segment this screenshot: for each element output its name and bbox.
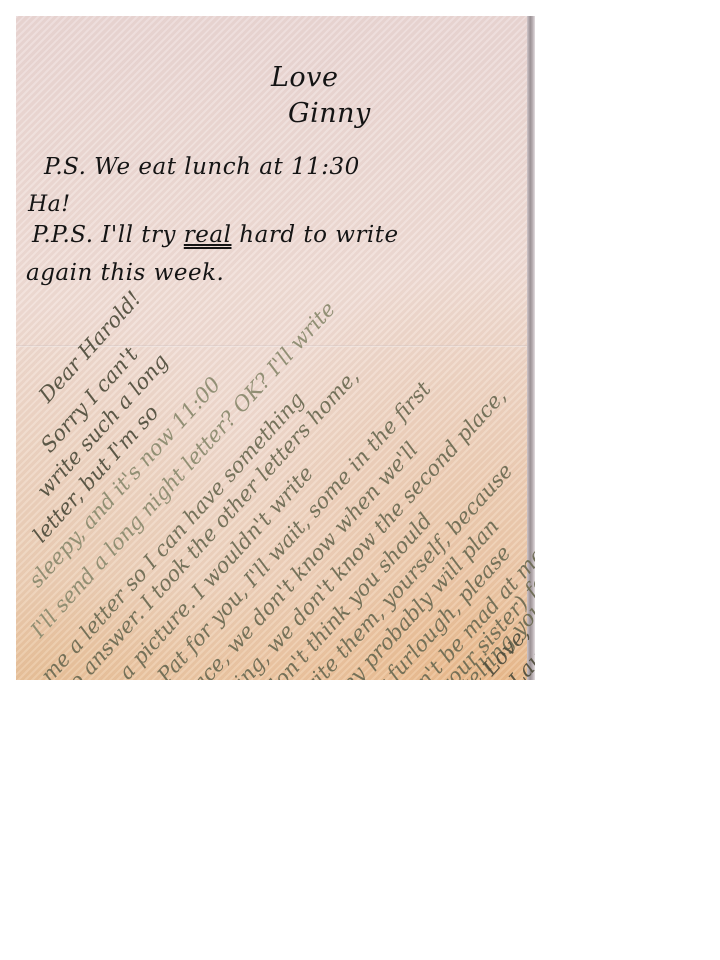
letter-page: Love Ginny P.S. We eat lunch at 11:30 Ha… [16, 16, 535, 680]
pencil-letter-body: Dear Harold! Sorry I can't write such a … [16, 16, 535, 680]
